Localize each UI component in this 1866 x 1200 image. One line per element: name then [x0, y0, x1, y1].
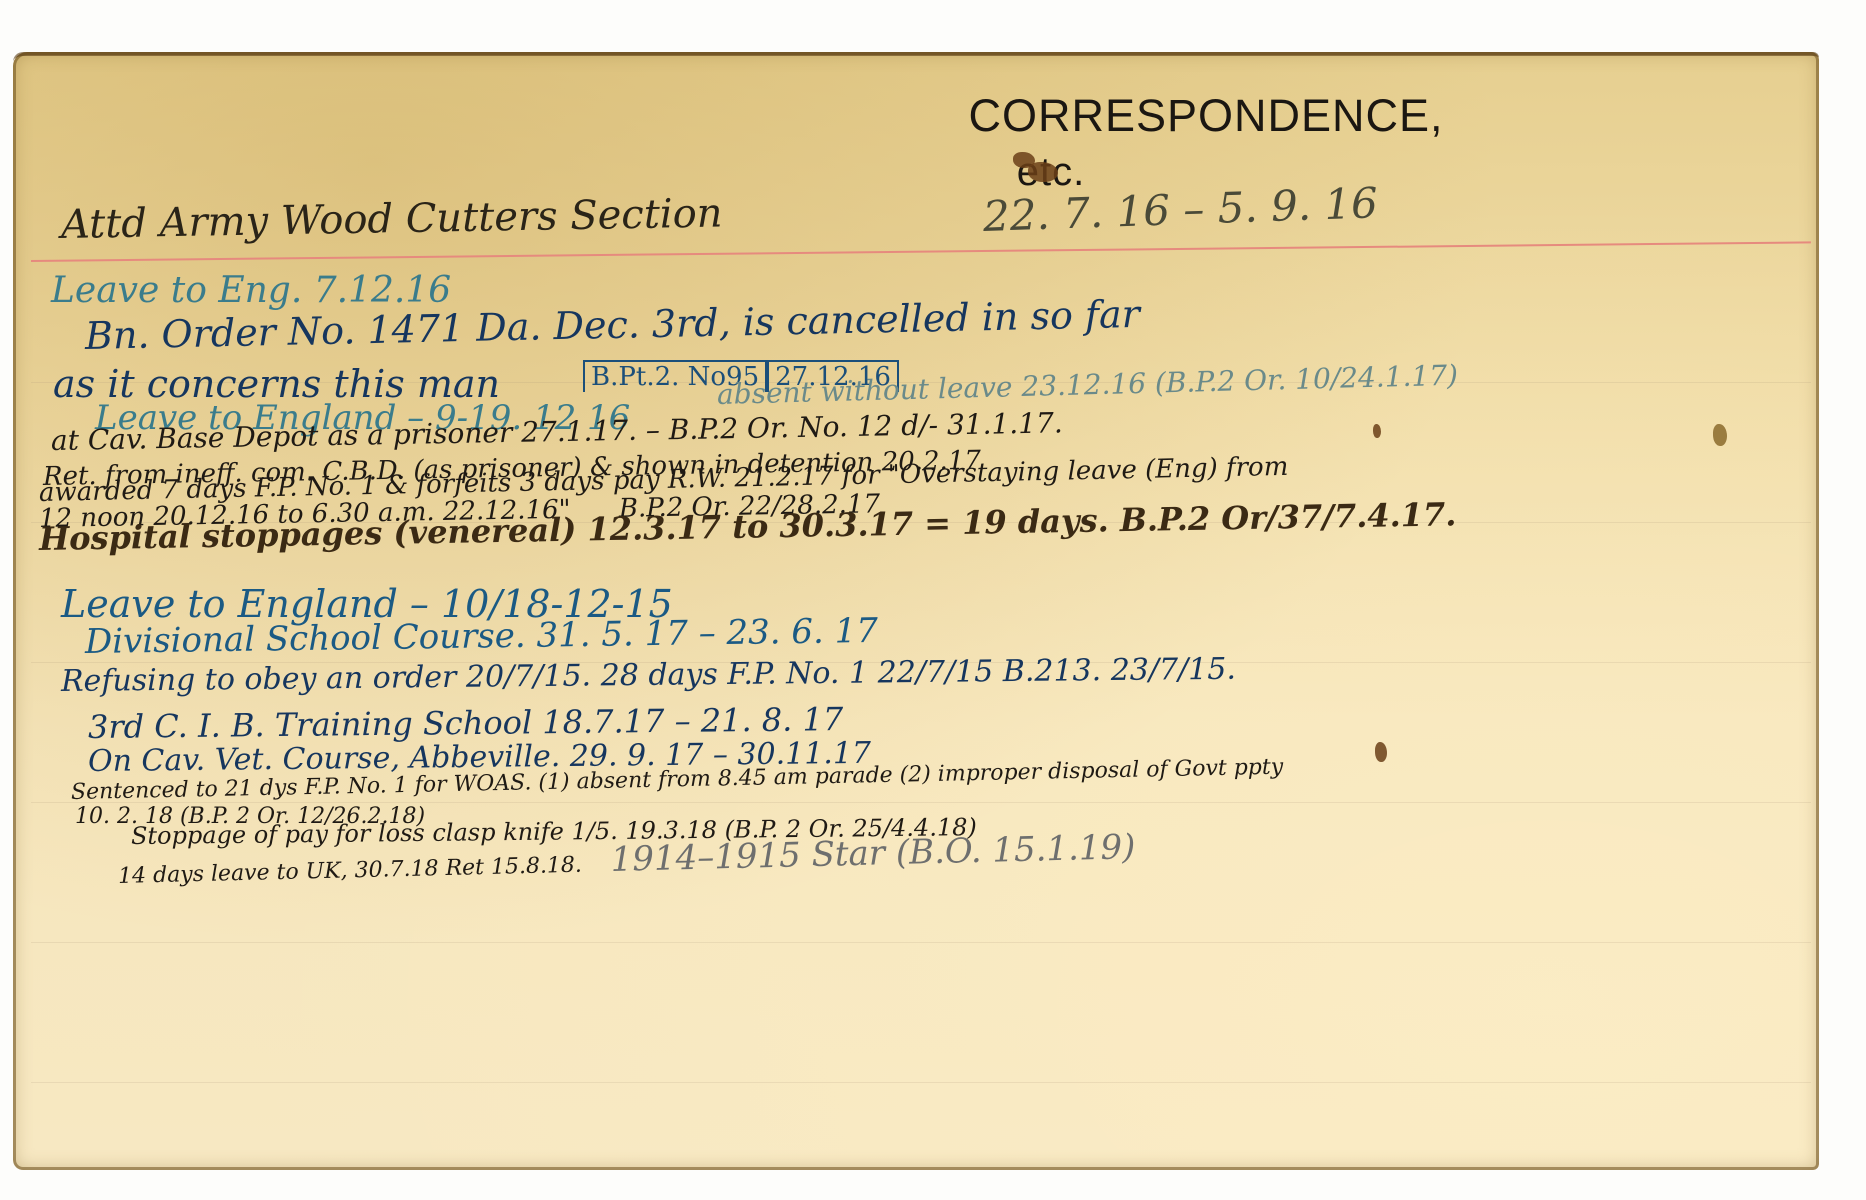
- entry-leave-1: Leave to Eng. 7.12.16: [51, 270, 451, 311]
- ink-stain: [1375, 742, 1387, 762]
- ink-stain: [1028, 162, 1058, 182]
- red-margin-rule: [31, 241, 1811, 262]
- entry-unit: Attd Army Wood Cutters Section: [61, 190, 723, 248]
- ink-stain: [1713, 424, 1727, 446]
- ruled-line: [31, 1082, 1811, 1083]
- ruled-line: [31, 802, 1811, 803]
- entry-unit-text: Attd Army Wood Cutters Section: [61, 190, 723, 248]
- card-subheading: etc.: [148, 150, 1866, 195]
- card-heading: CORRESPONDENCE,: [303, 90, 1866, 142]
- entry-leave-uk-text: 14 days leave to UK, 30.7.18 Ret 15.8.18…: [118, 853, 582, 889]
- ruled-line: [31, 942, 1811, 943]
- ink-stain: [1373, 424, 1381, 438]
- service-record-card: CORRESPONDENCE, etc. Attd Army Wood Cutt…: [13, 52, 1819, 1170]
